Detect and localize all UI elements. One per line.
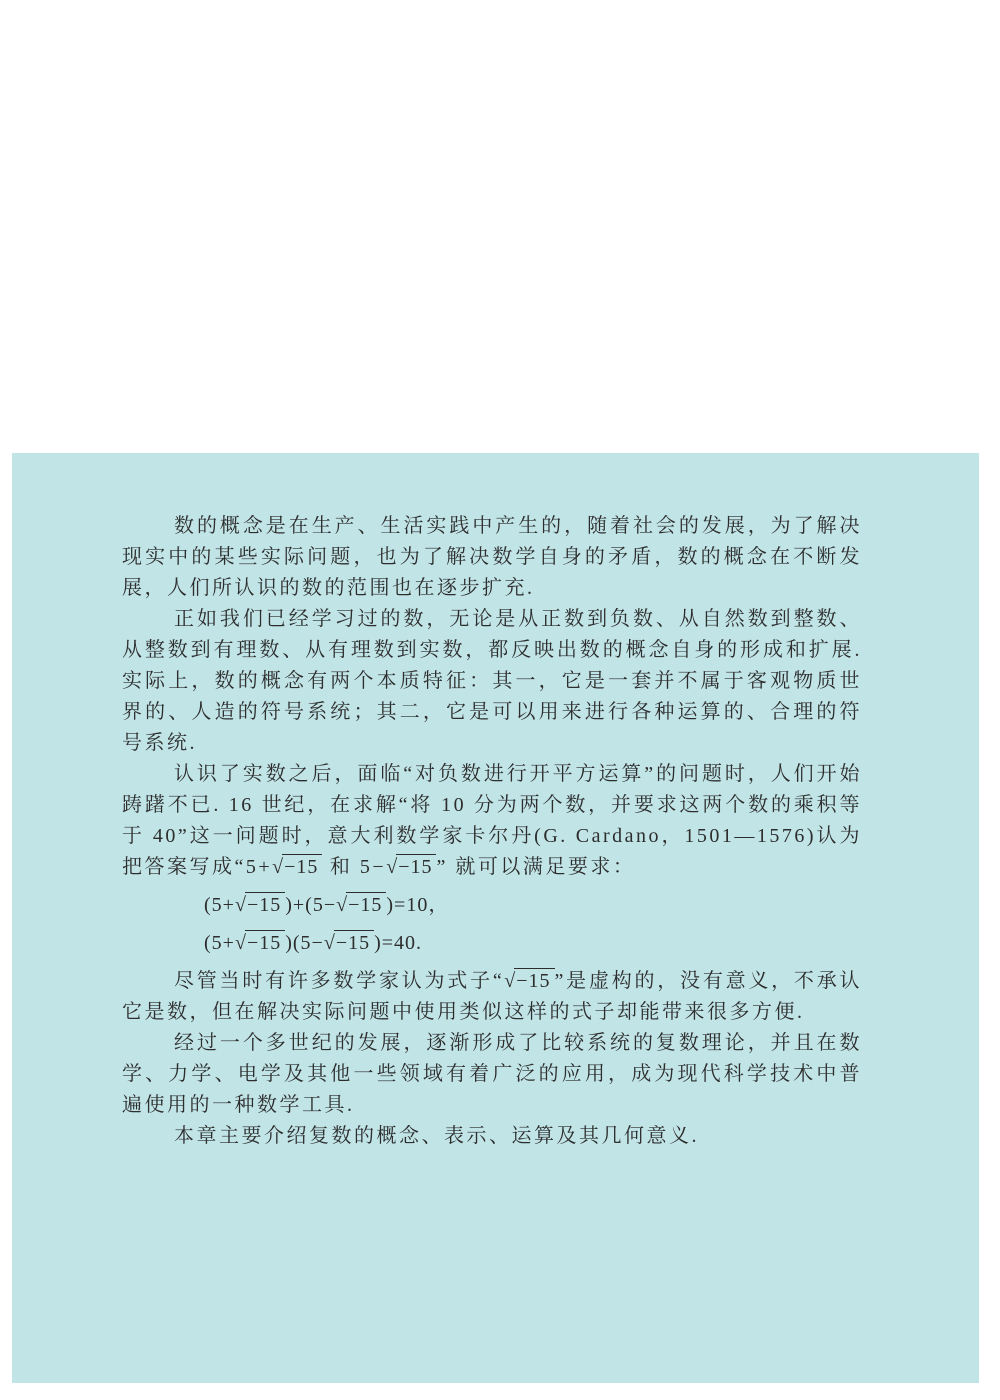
radicand: −15 [514,968,554,992]
paragraph-cardano: 认识了实数之后，面临“对负数进行开平方运算”的问题时，人们开始踌躇不已. 16 … [122,759,862,883]
equation-product: (5+√−15)(5−√−15)=40. [122,928,862,959]
equation-product-part2: )(5− [285,932,324,954]
sqrt-expression: √−15 [235,932,285,954]
paragraph-cardano-text-after: ” 就可以满足要求： [436,856,635,878]
equation-sum-part2: )+(5− [285,894,336,916]
radicand: −15 [334,930,374,954]
sqrt-expression: √−15 [235,894,285,916]
equation-product-part1: (5+ [204,932,235,954]
intro-text-block: 数的概念是在生产、生活实践中产生的，随着社会的发展，为了解决现实中的某些实际问题… [122,511,862,1152]
equation-sum-part1: (5+ [204,894,235,916]
paragraph-complex-theory: 经过一个多世纪的发展，逐渐形成了比较系统的复数理论，并且在数学、力学、电学及其他… [122,1028,862,1121]
paragraph-imaginary-skepticism: 尽管当时有许多数学家认为式子“√−15”是虚构的，没有意义，不承认它是数，但在解… [122,966,862,1028]
paragraph-skepticism-text-before: 尽管当时有许多数学家认为式子“ [174,970,504,992]
radicand: −15 [245,892,285,916]
paragraph-cardano-text-middle: 和 5− [322,856,386,878]
intro-panel: 数的概念是在生产、生活实践中产生的，随着社会的发展，为了解决现实中的某些实际问题… [12,453,979,1383]
radicand: −15 [396,854,436,878]
sqrt-expression: √−15 [336,894,386,916]
paragraph-chapter-overview: 本章主要介绍复数的概念、表示、运算及其几何意义. [122,1121,862,1152]
equation-product-part3: )=40. [374,932,422,954]
equation-sum: (5+√−15)+(5−√−15)=10， [122,890,862,921]
sqrt-expression: √−15 [504,970,554,992]
radicand: −15 [282,854,322,878]
paragraph-number-evolution: 正如我们已经学习过的数，无论是从正数到负数、从自然数到整数、从整数到有理数、从有… [122,604,862,759]
equation-sum-part3: )=10， [386,894,449,916]
paragraph-number-concept: 数的概念是在生产、生活实践中产生的，随着社会的发展，为了解决现实中的某些实际问题… [122,511,862,604]
sqrt-expression: √−15 [272,856,322,878]
sqrt-expression: √−15 [324,932,374,954]
textbook-page: { "page": { "background_color": "#ffffff… [0,0,1000,1400]
radicand: −15 [346,892,386,916]
radicand: −15 [245,930,285,954]
sqrt-expression: √−15 [386,856,436,878]
